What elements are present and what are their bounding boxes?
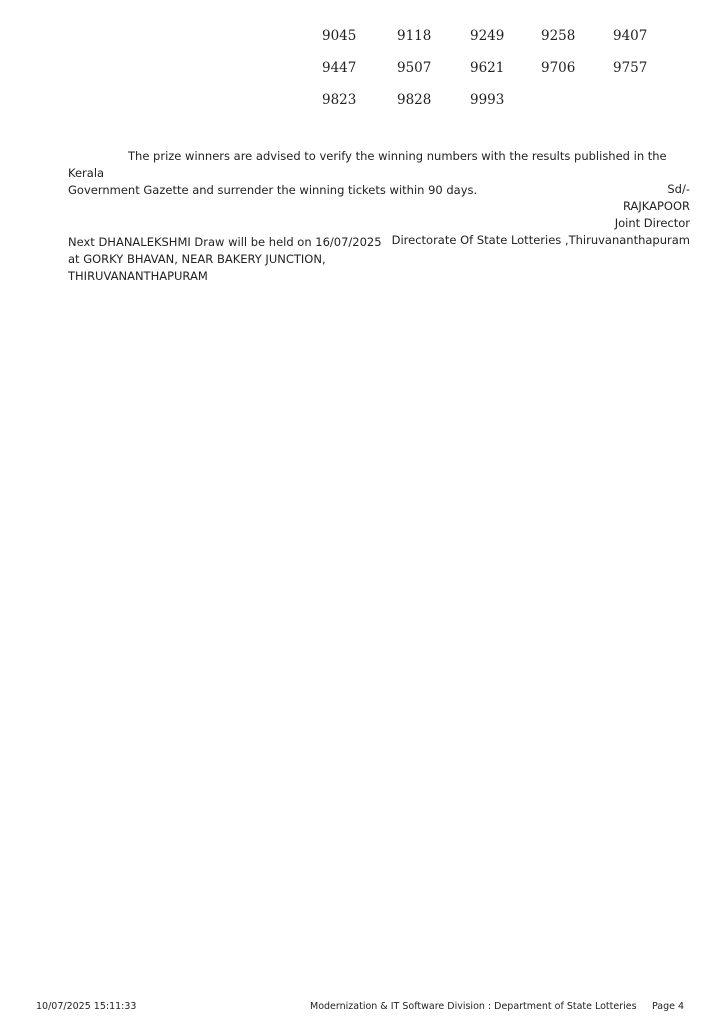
winning-number: 9258 — [541, 28, 575, 44]
signatory-name: RAJKAPOOR — [392, 198, 690, 215]
signature-sd: Sd/- — [392, 181, 690, 198]
numbers-row: 9045 9118 9249 9258 9407 — [322, 28, 702, 60]
footer-division: Modernization & IT Software Division : D… — [310, 1001, 637, 1012]
winning-numbers-grid: 9045 9118 9249 9258 9407 9447 9507 9621 … — [322, 28, 702, 124]
numbers-row: 9447 9507 9621 9706 9757 — [322, 60, 702, 92]
winning-number: 9706 — [541, 60, 575, 76]
winning-number: 9828 — [397, 92, 431, 108]
winning-number: 9045 — [322, 28, 356, 44]
next-draw-line-2: at GORKY BHAVAN, NEAR BAKERY JUNCTION, — [68, 251, 382, 268]
winning-number: 9823 — [322, 92, 356, 108]
next-draw-line-1: Next DHANALEKSHMI Draw will be held on 1… — [68, 234, 382, 251]
winning-number: 9118 — [397, 28, 431, 44]
signatory-designation: Joint Director — [392, 215, 690, 232]
footer-datetime: 10/07/2025 15:11:33 — [36, 1001, 136, 1012]
notice-line-1: The prize winners are advised to verify … — [68, 149, 667, 180]
winning-number: 9407 — [613, 28, 647, 44]
winning-number: 9507 — [397, 60, 431, 76]
signatory-office: Directorate Of State Lotteries ,Thiruvan… — [392, 232, 690, 249]
winning-number: 9621 — [470, 60, 504, 76]
winning-number: 9993 — [470, 92, 504, 108]
winning-number: 9249 — [470, 28, 504, 44]
numbers-row: 9823 9828 9993 — [322, 92, 702, 124]
signature-block: Sd/- RAJKAPOOR Joint Director Directorat… — [392, 181, 690, 249]
footer-page-number: Page 4 — [652, 1001, 684, 1012]
next-draw-info: Next DHANALEKSHMI Draw will be held on 1… — [68, 234, 382, 285]
winning-number: 9757 — [613, 60, 647, 76]
next-draw-line-3: THIRUVANANTHAPURAM — [68, 268, 382, 285]
winning-number: 9447 — [322, 60, 356, 76]
